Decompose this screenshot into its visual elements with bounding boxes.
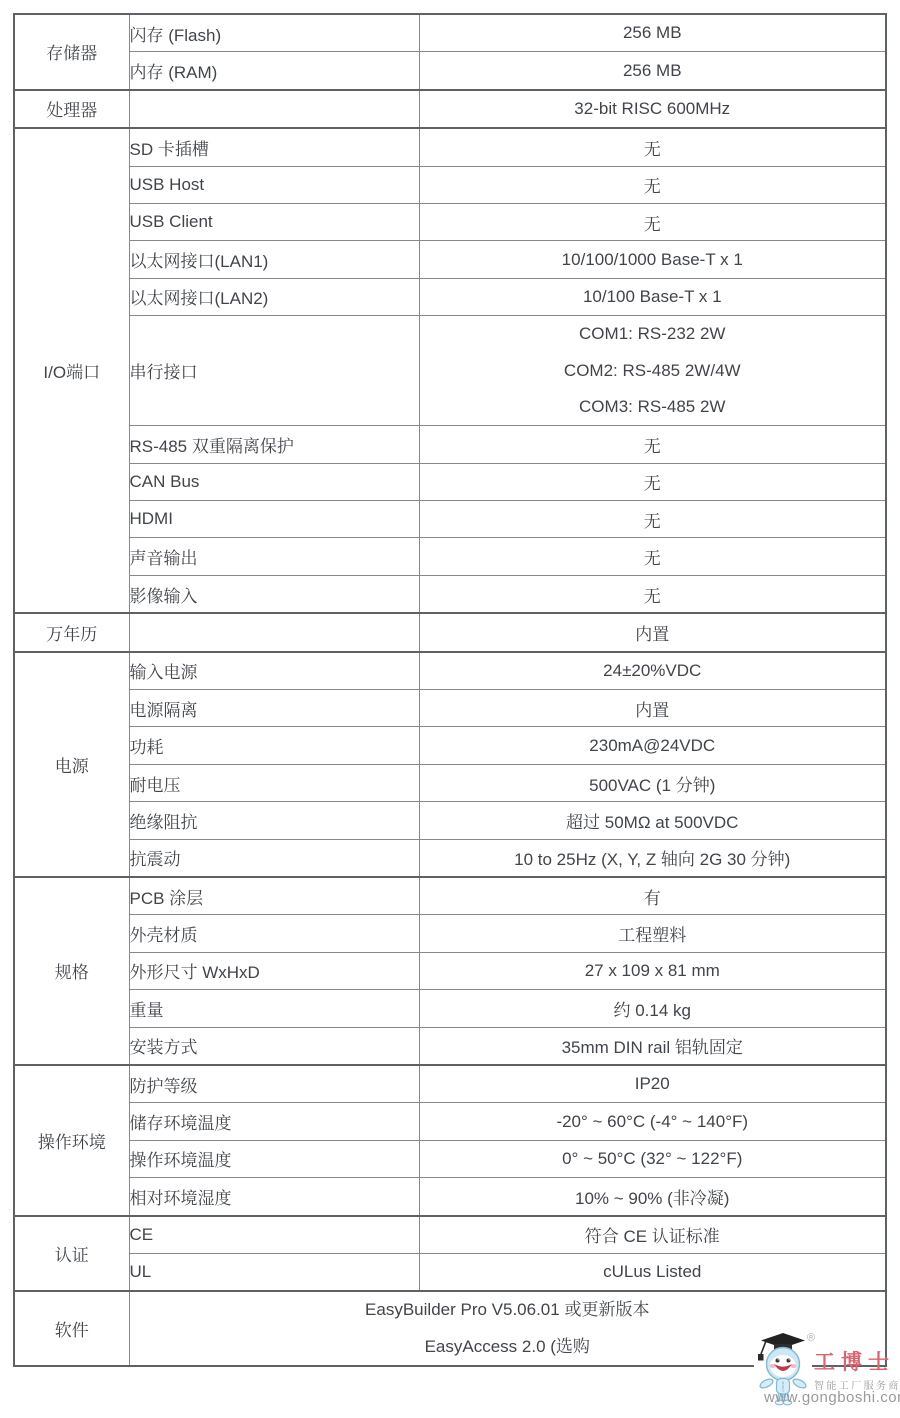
spec-value-cell: 超过 50MΩ at 500VDC	[419, 802, 886, 839]
spec-label-cell: 内存 (RAM)	[129, 52, 419, 90]
spec-value-cell: 工程塑料	[419, 915, 886, 952]
category-cell: 软件	[14, 1291, 129, 1366]
table-row: 处理器32-bit RISC 600MHz	[14, 90, 886, 128]
spec-label-cell: 电源隔离	[129, 690, 419, 727]
spec-value-cell: 无	[419, 501, 886, 538]
category-cell: 认证	[14, 1216, 129, 1292]
table-row: 绝缘阻抗超过 50MΩ at 500VDC	[14, 802, 886, 839]
spec-value-cell: 有	[419, 877, 886, 915]
spec-value-cell: 无	[419, 538, 886, 575]
spec-label-cell: 以太网接口(LAN2)	[129, 278, 419, 315]
spec-label-cell: 抗震动	[129, 839, 419, 877]
spec-label-cell: 输入电源	[129, 652, 419, 690]
table-row: 外形尺寸 WxHxD27 x 109 x 81 mm	[14, 952, 886, 989]
spec-value-cell: 0° ~ 50°C (32° ~ 122°F)	[419, 1140, 886, 1177]
spec-value-line: COM3: RS-485 2W	[420, 389, 886, 425]
table-row: 重量约 0.14 kg	[14, 990, 886, 1027]
spec-label-cell: 防护等级	[129, 1065, 419, 1103]
spec-value-cell: 10/100 Base-T x 1	[419, 278, 886, 315]
spec-value-cell: 无	[419, 166, 886, 203]
spec-value-cell: 24±20%VDC	[419, 652, 886, 690]
spec-label-cell: 以太网接口(LAN1)	[129, 241, 419, 278]
spec-value-cell: IP20	[419, 1065, 886, 1103]
spec-label-cell: USB Host	[129, 166, 419, 203]
spec-label-cell: CE	[129, 1216, 419, 1254]
spec-value-line: EasyBuilder Pro V5.06.01 或更新版本	[130, 1292, 886, 1328]
brand-website: www.gongboshi.com	[764, 1389, 900, 1406]
category-cell: I/O端口	[14, 128, 129, 613]
spec-label-cell: 重量	[129, 990, 419, 1027]
table-row: 电源隔离内置	[14, 690, 886, 727]
table-row: 串行接口COM1: RS-232 2WCOM2: RS-485 2W/4WCOM…	[14, 316, 886, 426]
category-cell: 规格	[14, 877, 129, 1065]
spec-label-cell: USB Client	[129, 203, 419, 240]
table-row: 内存 (RAM)256 MB	[14, 52, 886, 90]
table-row: 抗震动10 to 25Hz (X, Y, Z 轴向 2G 30 分钟)	[14, 839, 886, 877]
spec-label-cell: 操作环境温度	[129, 1140, 419, 1177]
table-row: 储存环境温度-20° ~ 60°C (-4° ~ 140°F)	[14, 1103, 886, 1140]
spec-value-cell: -20° ~ 60°C (-4° ~ 140°F)	[419, 1103, 886, 1140]
spec-value-cell: 10 to 25Hz (X, Y, Z 轴向 2G 30 分钟)	[419, 839, 886, 877]
category-cell: 处理器	[14, 90, 129, 128]
spec-value-cell: 256 MB	[419, 14, 886, 52]
spec-label-cell: 闪存 (Flash)	[129, 14, 419, 52]
category-cell: 电源	[14, 652, 129, 877]
table-row: 万年历内置	[14, 613, 886, 651]
spec-value-cell: 500VAC (1 分钟)	[419, 764, 886, 801]
table-row: 操作环境温度0° ~ 50°C (32° ~ 122°F)	[14, 1140, 886, 1177]
spec-label-cell: 耐电压	[129, 764, 419, 801]
table-row: 以太网接口(LAN1)10/100/1000 Base-T x 1	[14, 241, 886, 278]
registered-trademark-mark: ®	[807, 1332, 815, 1344]
spec-label-cell: HDMI	[129, 501, 419, 538]
table-row: 操作环境防护等级IP20	[14, 1065, 886, 1103]
table-row: 规格PCB 涂层有	[14, 877, 886, 915]
spec-table: 存储器闪存 (Flash)256 MB内存 (RAM)256 MB处理器32-b…	[13, 13, 887, 1367]
category-cell: 存储器	[14, 14, 129, 90]
table-row: 以太网接口(LAN2)10/100 Base-T x 1	[14, 278, 886, 315]
spec-label-cell: 声音输出	[129, 538, 419, 575]
spec-label-cell	[129, 90, 419, 128]
table-row: USB Client无	[14, 203, 886, 240]
gongboshi-watermark: ® 工博士 智能工厂服务商 www.gongboshi.com	[750, 1326, 898, 1418]
spec-label-cell: 储存环境温度	[129, 1103, 419, 1140]
spec-label-cell: UL	[129, 1253, 419, 1291]
spec-value-cell: cULus Listed	[419, 1253, 886, 1291]
spec-value-cell: 32-bit RISC 600MHz	[419, 90, 886, 128]
spec-label-cell: 功耗	[129, 727, 419, 764]
table-row: 相对环境湿度10% ~ 90% (非冷凝)	[14, 1178, 886, 1216]
spec-label-cell	[129, 613, 419, 651]
table-row: 认证CE符合 CE 认证标准	[14, 1216, 886, 1254]
spec-value-cell: 内置	[419, 690, 886, 727]
brand-name: 工博士	[814, 1350, 898, 1373]
spec-label-cell: PCB 涂层	[129, 877, 419, 915]
table-row: HDMI无	[14, 501, 886, 538]
spec-label-cell: SD 卡插槽	[129, 128, 419, 166]
spec-label-cell: 相对环境湿度	[129, 1178, 419, 1216]
spec-value-cell: 无	[419, 426, 886, 463]
spec-value-cell: 符合 CE 认证标准	[419, 1216, 886, 1254]
table-row: 存储器闪存 (Flash)256 MB	[14, 14, 886, 52]
table-row: 影像输入无	[14, 575, 886, 613]
spec-value-line: COM2: RS-485 2W/4W	[420, 353, 886, 389]
spec-value-cell: 10/100/1000 Base-T x 1	[419, 241, 886, 278]
spec-label-cell: CAN Bus	[129, 463, 419, 500]
spec-label-cell: 安装方式	[129, 1027, 419, 1065]
table-row: ULcULus Listed	[14, 1253, 886, 1291]
table-row: 电源输入电源24±20%VDC	[14, 652, 886, 690]
spec-value-cell: 10% ~ 90% (非冷凝)	[419, 1178, 886, 1216]
table-row: USB Host无	[14, 166, 886, 203]
spec-label-cell: 外壳材质	[129, 915, 419, 952]
table-row: 外壳材质工程塑料	[14, 915, 886, 952]
spec-value-cell: 无	[419, 463, 886, 500]
table-row: RS-485 双重隔离保护无	[14, 426, 886, 463]
spec-value-cell: 无	[419, 203, 886, 240]
category-cell: 万年历	[14, 613, 129, 651]
spec-value-cell: 无	[419, 575, 886, 613]
spec-value-cell: 无	[419, 128, 886, 166]
table-row: CAN Bus无	[14, 463, 886, 500]
spec-value-line: COM1: RS-232 2W	[420, 316, 886, 352]
spec-value-cell: 内置	[419, 613, 886, 651]
spec-value-cell: 256 MB	[419, 52, 886, 90]
spec-value-cell: 约 0.14 kg	[419, 990, 886, 1027]
table-row: I/O端口SD 卡插槽无	[14, 128, 886, 166]
spec-label-cell: 外形尺寸 WxHxD	[129, 952, 419, 989]
table-row: 声音输出无	[14, 538, 886, 575]
spec-value-cell: 27 x 109 x 81 mm	[419, 952, 886, 989]
table-row: 功耗230mA@24VDC	[14, 727, 886, 764]
spec-value-cell: COM1: RS-232 2WCOM2: RS-485 2W/4WCOM3: R…	[419, 316, 886, 426]
spec-label-cell: RS-485 双重隔离保护	[129, 426, 419, 463]
spec-label-cell: 绝缘阻抗	[129, 802, 419, 839]
table-row: 耐电压500VAC (1 分钟)	[14, 764, 886, 801]
spec-value-cell: 230mA@24VDC	[419, 727, 886, 764]
spec-label-cell: 影像输入	[129, 575, 419, 613]
category-cell: 操作环境	[14, 1065, 129, 1216]
spec-label-cell: 串行接口	[129, 316, 419, 426]
table-row: 安装方式35mm DIN rail 铝轨固定	[14, 1027, 886, 1065]
spec-value-cell: 35mm DIN rail 铝轨固定	[419, 1027, 886, 1065]
